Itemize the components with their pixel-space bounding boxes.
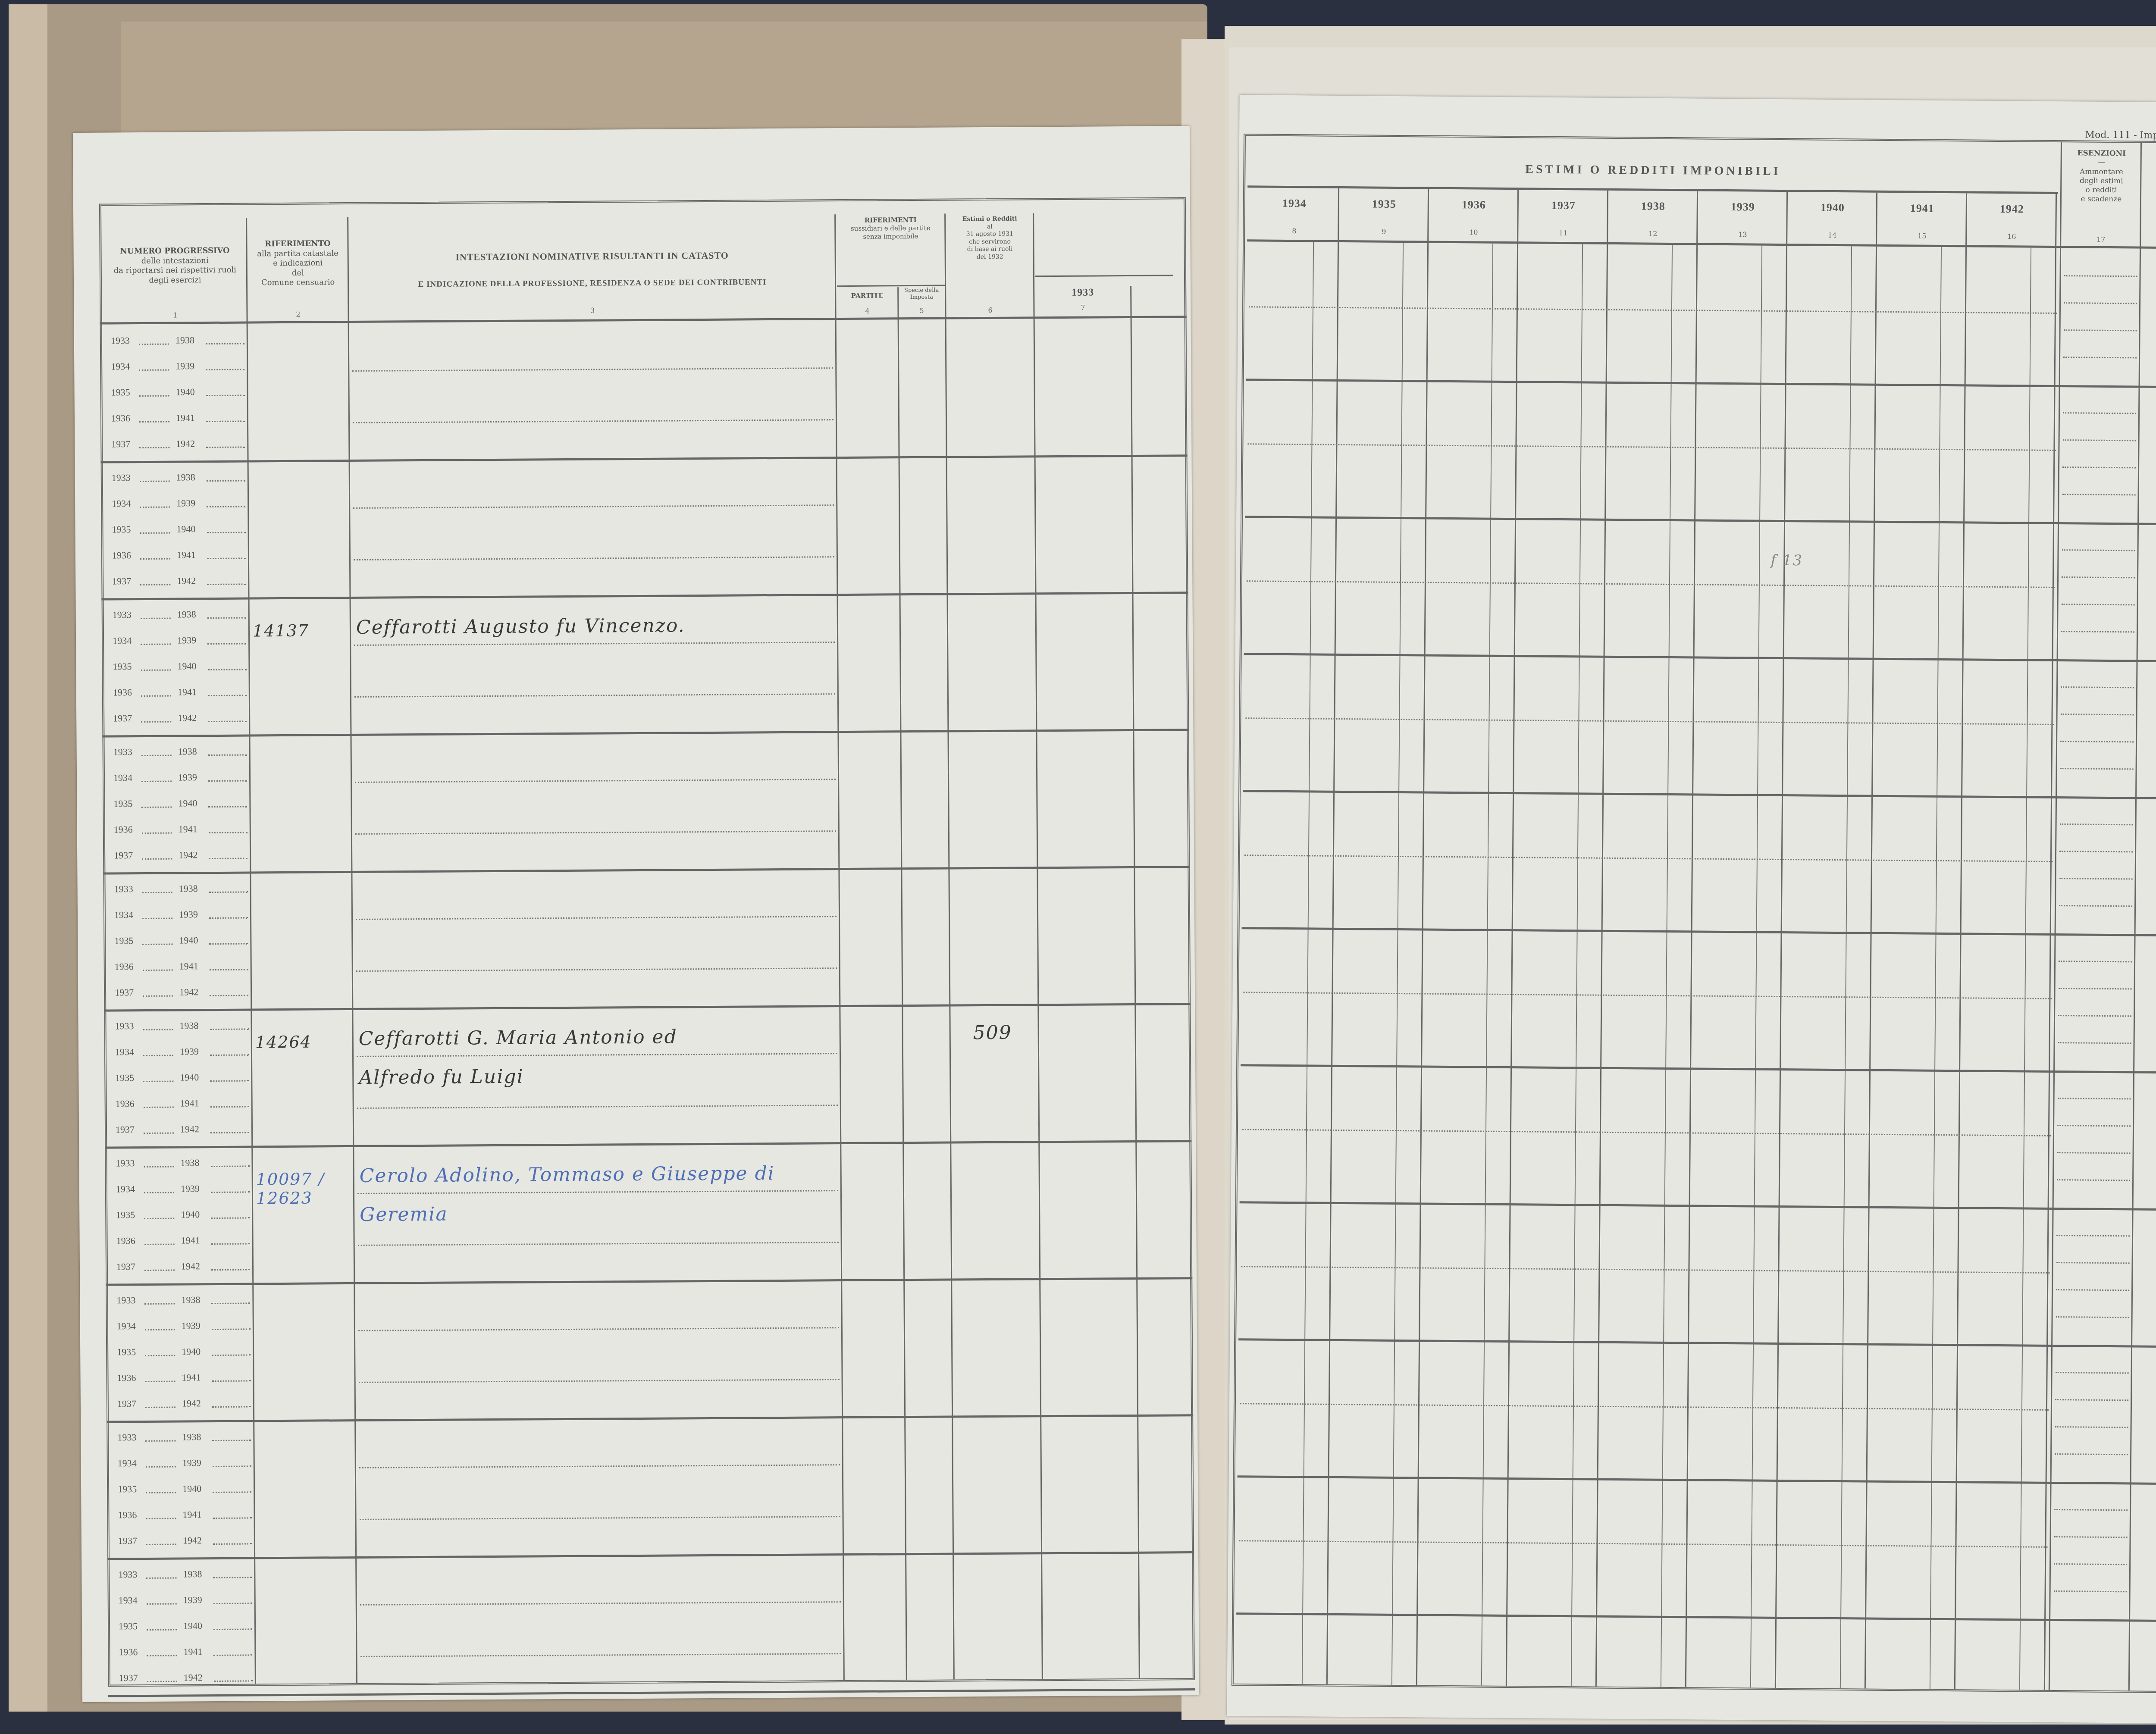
year-label: 1934 [119, 1595, 138, 1606]
year-label: 1941 [181, 1235, 200, 1246]
year-label: 1941 [179, 961, 198, 972]
year-label: 1940 [183, 1620, 202, 1631]
year-label: 1934 [116, 1183, 135, 1195]
dotted-fill [210, 1080, 249, 1082]
year-label: 1936 [117, 1372, 136, 1383]
dotted-fill [144, 1270, 175, 1271]
dotted-fill [144, 1303, 175, 1305]
year-label: 1936 [116, 1235, 135, 1246]
column-number: 11 [1518, 228, 1608, 238]
year-label: 1938 [177, 609, 196, 620]
dotted-fill [141, 695, 171, 697]
year-label: 1933 [116, 1158, 135, 1169]
column-number: 18 [2142, 236, 2156, 245]
year-column-header: 1942 [1967, 202, 2057, 216]
column-number: 4 [837, 307, 897, 315]
year-label: 1941 [180, 1098, 199, 1109]
owner-name-continued: Geremia [360, 1203, 448, 1226]
column-number: 5 [898, 307, 945, 315]
dotted-fill [147, 1681, 177, 1682]
owner-name: Cerolo Adolino, Tommaso e Giuseppe di [360, 1162, 775, 1187]
dotted-fill [213, 1654, 252, 1656]
dotted-fill [208, 806, 247, 808]
dotted-fill [213, 1491, 251, 1493]
dotted-fill [209, 891, 248, 893]
year-label: 1938 [178, 746, 197, 757]
dotted-fill [139, 369, 169, 371]
dotted-fill [210, 969, 248, 970]
year-label: 1936 [118, 1509, 137, 1521]
year-label: 1942 [176, 438, 195, 449]
year-label: 1942 [183, 1535, 202, 1546]
dotted-fill [213, 1517, 252, 1519]
year-label: 1933 [118, 1569, 137, 1580]
entry-block-rule [108, 1688, 1195, 1697]
dotted-fill [140, 507, 170, 508]
dotted-fill [141, 644, 171, 645]
dotted-fill [213, 1628, 252, 1630]
year-label: 1940 [176, 386, 195, 398]
year-label: 1937 [115, 987, 134, 998]
dotted-fill [142, 858, 172, 860]
dotted-fill [146, 1544, 176, 1545]
year-label: 1942 [179, 986, 198, 998]
year-label: 1936 [116, 1098, 135, 1109]
year-label: 1935 [111, 387, 130, 398]
year-label: 1938 [182, 1431, 201, 1443]
catasto-reference: 14264 [255, 1032, 350, 1052]
owner-name: Ceffarotti G. Maria Antonio ed [359, 1026, 677, 1050]
dotted-fill [141, 721, 171, 723]
header-riferimento: RIFERIMENTO alla partita catastale e ind… [248, 239, 348, 288]
catasto-reference: 10097 / 12623 [256, 1169, 351, 1208]
dotted-fill [211, 1243, 250, 1245]
right-ledger-page: Mod. 111 - Imposte Dirette (Intercalare)… [1227, 95, 2156, 1725]
dotted-fill [206, 343, 244, 345]
year-label: 1935 [115, 1072, 134, 1083]
cover-binding-strip [9, 4, 47, 1712]
dotted-fill [211, 1302, 250, 1304]
header-specie-imposta: Specie della Imposta [898, 287, 945, 301]
cover-fold [121, 22, 1207, 134]
dotted-fill [212, 1354, 251, 1356]
dotted-fill [139, 395, 169, 397]
dotted-fill [206, 421, 245, 423]
year-column-header: 1934 [1250, 196, 1339, 211]
column-number: 12 [1608, 229, 1698, 238]
dotted-fill [144, 1218, 174, 1219]
column-number: 13 [1698, 230, 1787, 239]
year-label: 1933 [115, 1020, 134, 1032]
dotted-fill [212, 1440, 251, 1441]
dotted-fill [140, 558, 170, 560]
dotted-fill [212, 1406, 251, 1408]
year-label: 1938 [181, 1294, 200, 1305]
dotted-fill [210, 1028, 249, 1030]
year-label: 1939 [177, 635, 196, 646]
year-label: 1937 [112, 576, 131, 587]
dotted-fill [213, 1577, 252, 1578]
dotted-fill [211, 1191, 250, 1193]
dotted-fill [143, 1029, 173, 1030]
dotted-fill [211, 1165, 250, 1167]
column-number: 7 [1035, 303, 1130, 312]
dotted-fill [207, 643, 246, 645]
year-label: 1941 [182, 1509, 201, 1520]
year-column-header: 1941 [1877, 201, 1967, 216]
dotted-fill [207, 480, 245, 482]
year-label: 1941 [182, 1372, 201, 1383]
year-label: 1942 [177, 575, 196, 586]
dotted-fill [139, 421, 169, 423]
year-label: 1939 [175, 360, 194, 372]
header-year-1933: 1933 [1035, 286, 1130, 299]
dotted-fill [145, 1329, 175, 1330]
dotted-fill [141, 781, 172, 782]
dotted-fill [209, 917, 248, 919]
dotted-fill [142, 892, 172, 893]
dotted-fill [144, 1133, 174, 1134]
dotted-fill [208, 721, 247, 723]
marginal-pencil-note: f 13 [1771, 552, 1803, 570]
year-label: 1942 [180, 1124, 199, 1135]
dotted-fill [213, 1543, 252, 1545]
year-label: 1937 [111, 438, 130, 450]
year-label: 1938 [180, 1157, 199, 1168]
dotted-fill [213, 1465, 251, 1467]
dotted-fill [141, 807, 172, 808]
dotted-fill [143, 995, 173, 997]
year-label: 1941 [178, 686, 197, 698]
year-label: 1935 [119, 1621, 138, 1632]
year-label: 1938 [175, 335, 194, 346]
dotted-fill [146, 1466, 176, 1468]
year-label: 1942 [178, 712, 197, 723]
year-label: 1937 [116, 1261, 135, 1272]
year-label: 1935 [114, 935, 133, 946]
year-label: 1933 [113, 746, 132, 757]
dotted-fill [142, 833, 172, 834]
year-label: 1939 [182, 1457, 201, 1468]
year-label: 1936 [112, 550, 131, 561]
year-label: 1936 [115, 961, 134, 972]
year-label: 1942 [181, 1261, 200, 1272]
dotted-fill [208, 669, 247, 671]
year-label: 1940 [180, 1072, 199, 1083]
header-esenzioni: ESENZIONI — Ammontare degli estimi o red… [2062, 149, 2140, 204]
year-label: 1933 [116, 1295, 135, 1306]
dotted-fill [206, 447, 245, 448]
year-column-header: 1938 [1608, 199, 1698, 214]
year-column-header: 1936 [1429, 198, 1519, 213]
column-number: 10 [1429, 228, 1518, 237]
year-label: 1942 [184, 1672, 203, 1683]
year-label: 1938 [183, 1568, 202, 1580]
dotted-fill [214, 1680, 253, 1682]
dotted-fill [206, 395, 245, 397]
dotted-fill [210, 1132, 249, 1133]
year-label: 1940 [179, 935, 198, 946]
dotted-fill [146, 1578, 176, 1579]
year-label: 1941 [183, 1646, 202, 1657]
column-number: 9 [1339, 227, 1429, 236]
year-label: 1940 [177, 660, 196, 672]
year-label: 1936 [119, 1646, 138, 1658]
left-ledger-page: NUMERO PROGRESSIVO delle intestazioni da… [73, 126, 1199, 1702]
year-label: 1936 [114, 824, 133, 835]
year-label: 1942 [182, 1398, 201, 1409]
year-label: 1939 [182, 1320, 201, 1331]
year-label: 1934 [112, 498, 131, 509]
column-number: 6 [947, 306, 1033, 314]
dotted-fill [210, 995, 248, 996]
dotted-fill [210, 1106, 249, 1108]
dotted-fill [208, 754, 247, 756]
dotted-fill [147, 1603, 177, 1605]
year-label: 1937 [114, 850, 133, 861]
dotted-fill [140, 532, 170, 534]
year-label: 1938 [179, 883, 198, 894]
dotted-fill [141, 670, 171, 671]
year-label: 1937 [116, 1124, 135, 1135]
column-number: 16 [1967, 232, 2056, 241]
header-estimi-1931: Estimi o Redditi al 31 agosto 1931 che s… [946, 215, 1033, 261]
year-column-header: 1940 [1788, 200, 1877, 215]
dotted-fill [207, 617, 246, 619]
year-label: 1934 [113, 772, 132, 783]
dotted-fill [207, 506, 245, 508]
dotted-fill [143, 1081, 173, 1082]
dotted-fill [143, 1055, 173, 1056]
year-label: 1941 [177, 549, 196, 560]
year-label: 1937 [119, 1672, 138, 1684]
year-label: 1934 [114, 909, 133, 920]
dotted-fill [141, 755, 172, 756]
dotted-fill [213, 1603, 252, 1604]
dotted-fill [144, 1166, 174, 1167]
dotted-fill [208, 695, 247, 697]
dotted-fill [146, 1518, 176, 1519]
year-label: 1939 [180, 1046, 199, 1057]
year-column-header: 1939 [1698, 200, 1788, 214]
year-label: 1939 [178, 772, 197, 783]
dotted-fill [212, 1328, 251, 1330]
dotted-fill [139, 447, 169, 448]
dotted-fill [210, 1054, 249, 1056]
dotted-fill [142, 918, 172, 919]
column-number: 14 [1787, 231, 1877, 240]
estimo-value: 509 [973, 1022, 1012, 1044]
year-label: 1934 [118, 1458, 137, 1469]
dotted-fill [140, 584, 170, 585]
column-number: 2 [248, 310, 348, 319]
dotted-fill [209, 943, 248, 945]
year-label: 1935 [113, 798, 132, 809]
year-label: 1939 [176, 498, 195, 509]
right-table-frame [1232, 134, 2156, 1694]
dotted-fill [207, 584, 246, 585]
owner-name-continued: Alfredo fu Luigi [359, 1066, 524, 1089]
column-number: 1 [104, 310, 246, 319]
owner-name: Ceffarotti Augusto fu Vincenzo. [356, 614, 685, 639]
dotted-fill [144, 1192, 174, 1193]
dotted-fill [144, 1244, 175, 1245]
dotted-fill [145, 1407, 175, 1408]
year-label: 1937 [118, 1535, 137, 1546]
dotted-fill [145, 1440, 175, 1442]
dotted-fill [206, 369, 244, 371]
year-label: 1940 [176, 523, 195, 535]
year-label: 1936 [113, 687, 132, 698]
column-number: 17 [2062, 235, 2140, 244]
dotted-fill [144, 1107, 174, 1108]
year-label: 1933 [112, 472, 131, 483]
header-annotazioni: ANNOTAZIONI [2142, 184, 2156, 196]
dotted-fill [145, 1381, 175, 1382]
dotted-fill [147, 1629, 177, 1631]
header-riferimenti: RIFERIMENTI sussidiari e delle partite s… [837, 216, 944, 241]
year-label: 1933 [113, 609, 132, 620]
year-label: 1938 [179, 1020, 198, 1031]
year-label: 1933 [117, 1432, 136, 1443]
dotted-fill [211, 1217, 250, 1219]
catasto-reference: 14137 [253, 621, 348, 640]
year-label: 1935 [112, 524, 131, 535]
dotted-fill [207, 532, 246, 534]
year-column-header: 1935 [1339, 197, 1429, 212]
year-label: 1935 [117, 1346, 136, 1358]
year-label: 1939 [183, 1594, 202, 1606]
dotted-fill [140, 481, 170, 482]
year-label: 1941 [176, 412, 195, 423]
year-label: 1933 [114, 883, 133, 895]
year-label: 1942 [179, 849, 197, 861]
dotted-fill [211, 1269, 250, 1271]
dotted-fill [212, 1380, 251, 1382]
dotted-fill [143, 970, 173, 971]
dotted-fill [145, 1355, 175, 1356]
year-label: 1934 [117, 1321, 136, 1332]
header-numero-progressivo: NUMERO PROGRESSIVO delle intestazioni da… [104, 246, 247, 285]
header-partite: PARTITE [837, 291, 897, 300]
dotted-fill [147, 1655, 177, 1656]
year-label: 1934 [113, 635, 132, 646]
dotted-fill [141, 618, 171, 619]
year-label: 1941 [179, 823, 197, 835]
dotted-fill [142, 944, 172, 945]
year-column-header: 1937 [1519, 198, 1608, 213]
year-label: 1939 [181, 1183, 200, 1194]
dotted-fill [207, 558, 246, 560]
year-label: 1938 [176, 472, 195, 483]
year-label: 1937 [117, 1398, 136, 1409]
dotted-fill [208, 780, 247, 782]
year-label: 1935 [118, 1484, 137, 1495]
year-label: 1933 [111, 335, 130, 346]
year-label: 1934 [111, 361, 130, 372]
year-label: 1935 [116, 1209, 135, 1221]
column-number: 8 [1249, 226, 1339, 235]
column-number: 15 [1877, 232, 1967, 241]
dotted-fill [209, 832, 248, 834]
year-label: 1934 [115, 1046, 134, 1058]
year-label: 1940 [181, 1209, 200, 1220]
dotted-fill [139, 344, 169, 345]
year-label: 1935 [113, 661, 132, 672]
year-label: 1937 [113, 713, 132, 724]
year-label: 1940 [182, 1346, 201, 1357]
year-label: 1939 [179, 909, 198, 920]
year-label: 1936 [111, 413, 130, 424]
dotted-fill [209, 858, 248, 860]
year-label: 1940 [178, 798, 197, 809]
dotted-fill [146, 1492, 176, 1493]
year-label: 1940 [182, 1483, 201, 1494]
